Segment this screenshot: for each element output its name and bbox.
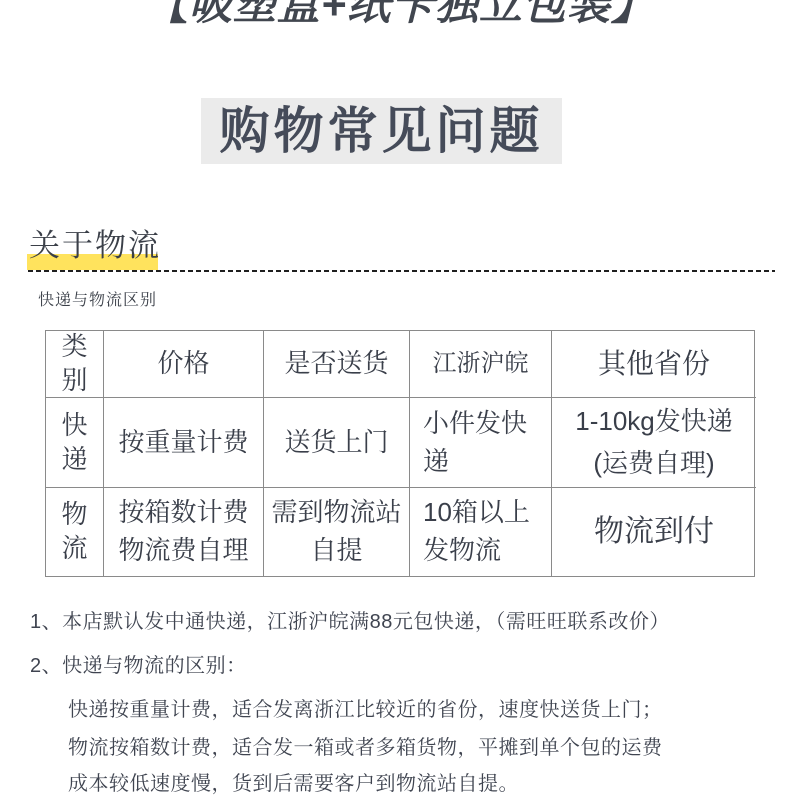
table-subtitle: 快递与物流区别 (38, 287, 157, 310)
note-line-4: 物流按箱数计费，适合发一箱或者多箱货物，平摊到单个包的运费 (68, 736, 663, 760)
product-detail-page: 【吸塑盒+纸卡独立包装】 购物常见问题 关于物流 快递与物流区别 类别 价格 是… (0, 0, 800, 800)
row-freight-other-provinces: 物流到付 (552, 488, 756, 576)
row-freight-category: 物流 (46, 488, 104, 576)
row-express-pricing: 按重量计费 (104, 398, 264, 488)
row-express-other-provinces: 1-10kg发快递 (运费自理) (552, 398, 756, 488)
dashed-divider (28, 270, 775, 272)
page-title: 购物常见问题 (220, 106, 544, 156)
packaging-banner-text: 【吸塑盒+纸卡独立包装】 (0, 0, 800, 27)
header-cell-jzhw: 江浙沪皖 (410, 331, 552, 398)
header-cell-other-provinces: 其他省份 (552, 331, 756, 398)
faq-title-block: 购物常见问题 (201, 98, 562, 164)
row-express-delivery: 送货上门 (264, 398, 410, 488)
row-express-category: 快递 (46, 398, 104, 488)
row-express-jzhw: 小件发快 递 (410, 398, 552, 488)
note-line-3: 快递按重量计费，适合发离浙江比较近的省份，速度快送货上门； (68, 698, 663, 722)
row-freight-pricing: 按箱数计费 物流费自理 (104, 488, 264, 576)
logistics-comparison-table: 类别 价格 是否送货 江浙沪皖 其他省份 快递 按重量计费 送货上门 小件发快 … (45, 330, 755, 577)
header-cell-delivery: 是否送货 (264, 331, 410, 398)
row-freight-delivery: 需到物流站 自提 (264, 488, 410, 576)
row-freight-jzhw: 10箱以上 发物流 (410, 488, 552, 576)
note-line-2: 2、快递与物流的区别： (30, 654, 247, 678)
header-cell-price: 价格 (104, 331, 264, 398)
header-cell-category: 类别 (46, 331, 104, 398)
section-heading-logistics: 关于物流 (29, 227, 161, 264)
note-line-5: 成本较低速度慢，货到后需要客户到物流站自提。 (68, 772, 519, 796)
note-line-1: 1、本店默认发中通快递，江浙沪皖满88元包快递，（需旺旺联系改价） (30, 610, 670, 634)
